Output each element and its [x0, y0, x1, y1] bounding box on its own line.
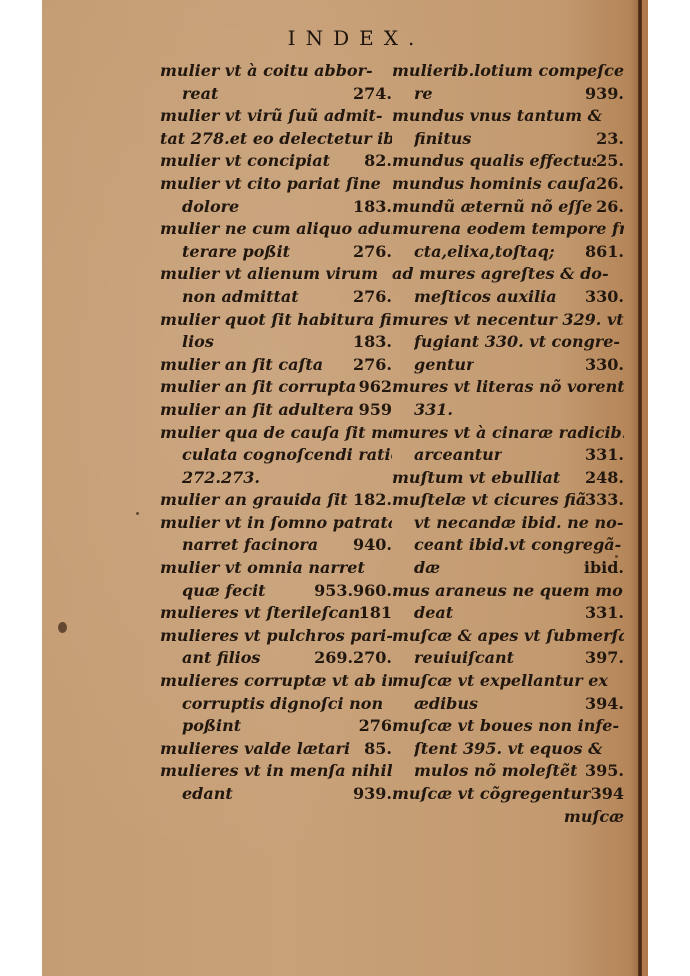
- index-entry-text: vt necandæ ibid. ne no-: [414, 512, 623, 535]
- index-entry-line: mulieres vt pulchros pari-: [160, 625, 392, 648]
- page-reference: 939.: [353, 783, 392, 806]
- index-entry-line: mulieres vt ſterileſcant181: [160, 602, 392, 625]
- index-entry-text: mulier vt concipiat: [160, 150, 330, 173]
- page-reference: 394.: [585, 693, 624, 716]
- index-entry-line: mulieres vt in menſa nihil: [160, 760, 392, 783]
- index-entry-text: mulier vt à coitu abbor-: [160, 60, 373, 83]
- index-entry-text: cta,elixa,toſtaq;: [414, 241, 555, 264]
- index-entry-text: mulos nõ moleſtẽt: [414, 760, 577, 783]
- page-reference: 395.: [585, 760, 624, 783]
- index-entry-text: muſtelæ vt cicures fiãt: [392, 489, 585, 512]
- index-entry-text: 331.: [414, 399, 453, 422]
- page-reference: 861.: [585, 241, 624, 264]
- index-entry-text: mulier vt omnia narret: [160, 557, 365, 580]
- index-entry-text: mulieres vt pulchros pari-: [160, 625, 392, 648]
- index-entry-text: mulier an ſit corrupta: [160, 376, 356, 399]
- page-reference: 331.: [585, 444, 624, 467]
- index-entry-line: reuiuiſcant397.: [392, 647, 624, 670]
- index-entry-text: mulier qua de cauſa ſit ma-: [160, 422, 392, 445]
- index-entry-line: muſtum vt ebulliat248.: [392, 467, 624, 490]
- index-entry-text: dolore: [182, 196, 239, 219]
- index-entry-text: murena eodem tempore fri: [392, 218, 624, 241]
- index-entry-line: mulier ne cum aliquo adul: [160, 218, 392, 241]
- page-reference: 940.: [353, 534, 392, 557]
- index-entry-line: mulier vt concipiat82.: [160, 150, 392, 173]
- index-entry-line: mundus qualis effectus25.: [392, 150, 624, 173]
- page-reference: 85.: [364, 738, 392, 761]
- page-reference: 939.: [585, 83, 624, 106]
- page-reference: 330.: [585, 354, 624, 377]
- index-entry-text: mures vt necentur 329. vt: [392, 309, 624, 332]
- index-entry-line: edant939.: [160, 783, 392, 806]
- index-entry-line: mulier quot ſit habitura fi-: [160, 309, 392, 332]
- index-entry-line: arceantur331.: [392, 444, 624, 467]
- index-entry-line: 331.: [392, 399, 624, 422]
- index-entry-line: 272.273.: [160, 467, 392, 490]
- index-entry-text: mures vt literas nõ vorent: [392, 376, 624, 399]
- index-entry-text: mulier vt cito pariat ſine: [160, 173, 381, 196]
- index-entry-line: reat274.: [160, 83, 392, 106]
- index-entry-line: terare poßit276.: [160, 241, 392, 264]
- page-reference: 276: [359, 715, 392, 738]
- index-entry-line: muſcæ & apes vt ſubmerſæ: [392, 625, 624, 648]
- page-reference: 183.: [353, 331, 392, 354]
- ink-speck: [136, 512, 139, 515]
- page-reference: 962: [359, 376, 392, 399]
- index-entry-line: quæ fecit953.960.: [160, 580, 392, 603]
- index-entry-text: dæ: [414, 557, 440, 580]
- index-entry-text: reuiuiſcant: [414, 647, 514, 670]
- index-entry-line: mulierib.lotium compeſce-: [392, 60, 624, 83]
- index-entry-line: muſcæ vt expellantur ex: [392, 670, 624, 693]
- index-column-right: mulierib.lotium compeſce-re939.mundus vn…: [392, 60, 624, 828]
- index-entry-text: mures vt à cinaræ radicib.: [392, 422, 624, 445]
- page-reference: 397.: [585, 647, 624, 670]
- index-entry-line: corruptis dignoſci non: [160, 693, 392, 716]
- index-entry-text: deat: [414, 602, 453, 625]
- index-entry-text: mundus vnus tantum &: [392, 105, 602, 128]
- index-entry-text: mulier vt alienum virum: [160, 263, 378, 286]
- index-entry-line: cta,elixa,toſtaq;861.: [392, 241, 624, 264]
- index-entry-text: arceantur: [414, 444, 502, 467]
- index-entry-text: 272.273.: [182, 467, 260, 490]
- index-entry-text: ædibus: [414, 693, 478, 716]
- index-entry-text: ant filios: [182, 647, 260, 670]
- index-entry-line: mulier vt cito pariat ſine: [160, 173, 392, 196]
- index-entry-line: mulier an ſit caſta276.: [160, 354, 392, 377]
- index-entry-line: dolore183.: [160, 196, 392, 219]
- page-reference: 183.: [353, 196, 392, 219]
- index-entry-text: gentur: [414, 354, 474, 377]
- page-edge: [642, 0, 648, 976]
- page-reference: 953.960.: [314, 580, 392, 603]
- ink-stain: [58, 622, 67, 633]
- index-entry-text: mulieres vt ſterileſcant: [160, 602, 359, 625]
- index-entry-line: mulieres valde lætari85.: [160, 738, 392, 761]
- page-reference: 276.: [353, 354, 392, 377]
- index-entry-text: terare poßit: [182, 241, 290, 264]
- page-reference: 333.: [585, 489, 624, 512]
- index-entry-line: mulier qua de cauſa ſit ma-: [160, 422, 392, 445]
- index-entry-line: finitus23.: [392, 128, 624, 151]
- index-entry-text: ſtent 395. vt equos &: [414, 738, 603, 761]
- index-entry-text: reat: [182, 83, 218, 106]
- page-reference: 276.: [353, 241, 392, 264]
- page-reference: 248.: [585, 467, 624, 490]
- index-entry-line: mus araneus ne quem mor: [392, 580, 624, 603]
- page-reference: 959: [359, 399, 392, 422]
- index-column-left: mulier vt à coitu abbor-reat274.mulier v…: [160, 60, 392, 806]
- index-entry-text: tat 278.et eo delectetur ib.: [160, 128, 392, 151]
- page-reference: 82.: [364, 150, 392, 173]
- index-entry-text: poßint: [182, 715, 241, 738]
- page-reference: 182.: [353, 489, 392, 512]
- book-page: INDEX. mulier vt à coitu abbor-reat274.m…: [42, 0, 648, 976]
- index-entry-text: mulier an grauida ſit: [160, 489, 348, 512]
- page-reference: 274.: [353, 83, 392, 106]
- page-reference: 330.: [585, 286, 624, 309]
- page-reference: ibid.: [584, 557, 624, 580]
- index-entry-line: mulier an ſit corrupta962: [160, 376, 392, 399]
- page-reference: 394: [591, 783, 624, 806]
- page-title: INDEX.: [42, 26, 648, 50]
- index-entry-line: mulier vt virũ ſuũ admit-: [160, 105, 392, 128]
- index-entry-line: ceant ibid.vt congregã-: [392, 534, 624, 557]
- index-entry-text: lios: [182, 331, 214, 354]
- page-reference: 181: [359, 602, 392, 625]
- index-entry-text: finitus: [414, 128, 471, 151]
- index-entry-text: culata cognoſcendi ratio: [182, 444, 392, 467]
- index-entry-line: muſtelæ vt cicures fiãt333.: [392, 489, 624, 512]
- index-entry-line: ſtent 395. vt equos &: [392, 738, 624, 761]
- index-entry-text: mulierib.lotium compeſce-: [392, 60, 624, 83]
- page-reference: 26.: [596, 196, 624, 219]
- index-entry-text: mulier an ſit adultera: [160, 399, 354, 422]
- index-entry-text: mundus qualis effectus: [392, 150, 596, 173]
- index-entry-line: mures vt à cinaræ radicib.: [392, 422, 624, 445]
- index-entry-text: mundũ æternũ nõ eſſe: [392, 196, 592, 219]
- index-entry-line: mundũ æternũ nõ eſſe26.: [392, 196, 624, 219]
- index-entry-line: meſticos auxilia330.: [392, 286, 624, 309]
- index-entry-text: ad mures agreſtes & do-: [392, 263, 609, 286]
- index-entry-line: mulier vt omnia narret: [160, 557, 392, 580]
- index-entry-line: murena eodem tempore fri: [392, 218, 624, 241]
- catchword: muſcæ: [392, 806, 624, 829]
- index-entry-line: non admittat276.: [160, 286, 392, 309]
- index-entry-text: muſtum vt ebulliat: [392, 467, 560, 490]
- index-entry-text: mulier vt in ſomno patrata: [160, 512, 392, 535]
- page-reference: 276.: [353, 286, 392, 309]
- index-entry-line: deat331.: [392, 602, 624, 625]
- index-entry-line: gentur330.: [392, 354, 624, 377]
- index-entry-line: mulier an grauida ſit182.: [160, 489, 392, 512]
- index-entry-text: fugiant 330. vt congre-: [414, 331, 620, 354]
- index-entry-line: ad mures agreſtes & do-: [392, 263, 624, 286]
- index-entry-text: mulieres valde lætari: [160, 738, 350, 761]
- index-entry-line: narret facinora940.: [160, 534, 392, 557]
- index-entry-text: muſcæ vt boues non infe-: [392, 715, 619, 738]
- index-entry-line: re939.: [392, 83, 624, 106]
- index-entry-line: mures vt literas nõ vorent: [392, 376, 624, 399]
- index-entry-line: muſcæ vt boues non infe-: [392, 715, 624, 738]
- index-entry-text: mus araneus ne quem mor: [392, 580, 624, 603]
- index-entry-text: narret facinora: [182, 534, 318, 557]
- index-entry-line: mulier an ſit adultera959: [160, 399, 392, 422]
- index-entry-line: ædibus394.: [392, 693, 624, 716]
- index-entry-line: ant filios269.270.: [160, 647, 392, 670]
- index-entry-line: mulier vt à coitu abbor-: [160, 60, 392, 83]
- index-entry-line: poßint276: [160, 715, 392, 738]
- index-entry-text: non admittat: [182, 286, 299, 309]
- index-entry-text: ceant ibid.vt congregã-: [414, 534, 621, 557]
- index-entry-line: muſcæ vt cõgregentur394: [392, 783, 624, 806]
- index-entry-text: muſcæ vt expellantur ex: [392, 670, 608, 693]
- index-entry-text: meſticos auxilia: [414, 286, 557, 309]
- index-entry-text: muſcæ & apes vt ſubmerſæ: [392, 625, 624, 648]
- page-reference: 26.: [596, 173, 624, 196]
- page-reference: 269.270.: [314, 647, 392, 670]
- index-entry-text: mulier an ſit caſta: [160, 354, 323, 377]
- index-entry-line: vt necandæ ibid. ne no-: [392, 512, 624, 535]
- index-entry-line: culata cognoſcendi ratio: [160, 444, 392, 467]
- index-entry-text: muſcæ vt cõgregentur: [392, 783, 591, 806]
- index-entry-text: re: [414, 83, 433, 106]
- index-entry-text: mulieres corruptæ vt ab in: [160, 670, 392, 693]
- index-entry-text: corruptis dignoſci non: [182, 693, 383, 716]
- index-entry-text: quæ fecit: [182, 580, 266, 603]
- index-entry-text: mulieres vt in menſa nihil: [160, 760, 392, 783]
- index-entry-text: mulier quot ſit habitura fi-: [160, 309, 392, 332]
- index-entry-text: mulier vt virũ ſuũ admit-: [160, 105, 382, 128]
- index-entry-line: lios183.: [160, 331, 392, 354]
- index-entry-text: mulier ne cum aliquo adul: [160, 218, 392, 241]
- index-entry-line: dæibid.: [392, 557, 624, 580]
- index-entry-text: mundus hominis cauſa: [392, 173, 596, 196]
- index-entry-line: mundus vnus tantum &: [392, 105, 624, 128]
- index-entry-line: mulieres corruptæ vt ab in: [160, 670, 392, 693]
- index-entry-line: mulier vt in ſomno patrata: [160, 512, 392, 535]
- page-reference: 331.: [585, 602, 624, 625]
- index-entry-line: mulier vt alienum virum: [160, 263, 392, 286]
- index-entry-text: edant: [182, 783, 233, 806]
- catchword-text: muſcæ: [564, 806, 624, 829]
- index-entry-line: fugiant 330. vt congre-: [392, 331, 624, 354]
- index-entry-line: mulos nõ moleſtẽt395.: [392, 760, 624, 783]
- index-entry-line: mundus hominis cauſa26.: [392, 173, 624, 196]
- page-reference: 23.: [596, 128, 624, 151]
- index-entry-line: mures vt necentur 329. vt: [392, 309, 624, 332]
- page-reference: 25.: [596, 150, 624, 173]
- index-entry-line: tat 278.et eo delectetur ib.: [160, 128, 392, 151]
